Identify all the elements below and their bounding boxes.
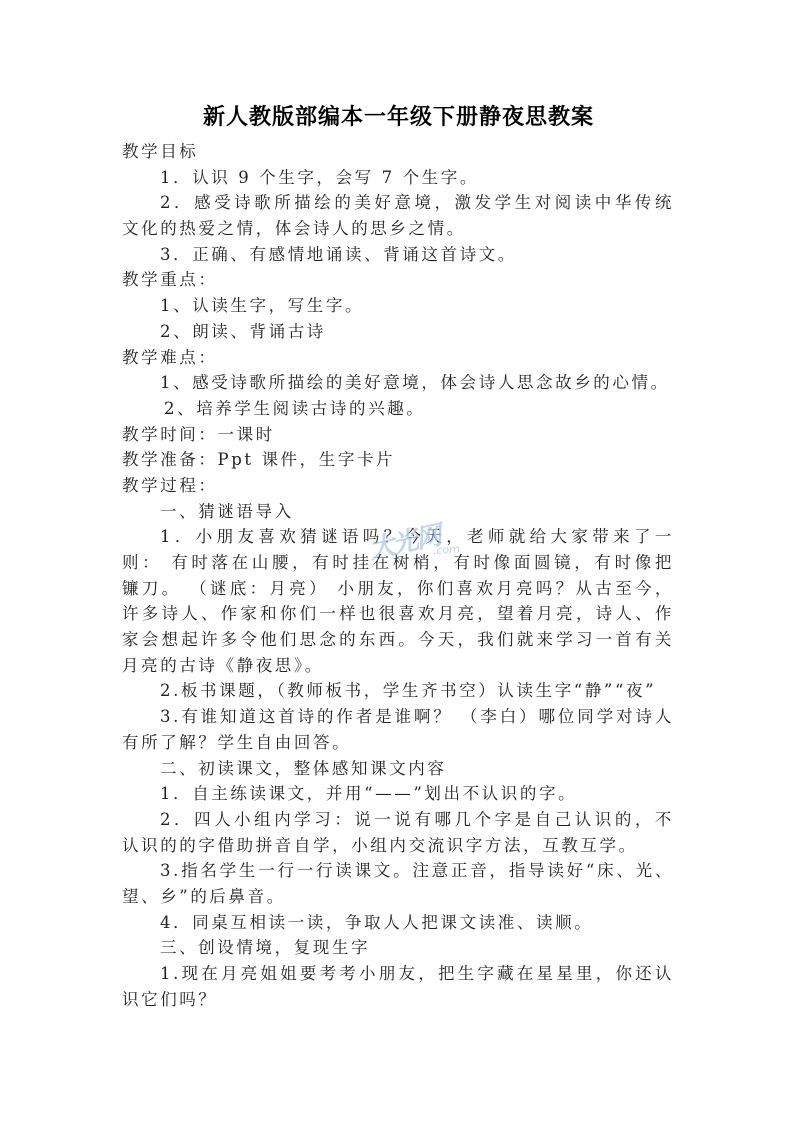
section-heading-objectives: 教学目标 [122,139,682,165]
process-paragraph-continued: 月亮的古诗《静夜思》。 [122,653,682,679]
process-paragraph-continued: 许多诗人、作家和你们一样也很喜欢月亮，望着月亮，诗人、作 [122,601,674,627]
teaching-time: 教学时间：一课时 [122,422,682,448]
section-heading-process: 教学过程： [122,473,682,499]
objective-item-continued: 文化的热爱之情，体会诗人的思乡之情。 [122,216,682,242]
document-body: 教学目标 1．认识 9 个生字，会写 7 个生字。 2．感受诗歌所描绘的美好意境… [122,139,682,1012]
process-step-heading: 二、初读课文，整体感知课文内容 [122,756,682,782]
document-title: 新人教版部编本一年级下册静夜思教案 [0,104,793,132]
process-paragraph-continued: 家会想起许多令他们思念的东西。今天，我们就来学习一首有关 [122,627,674,653]
process-paragraph: 3.指名学生一行一行读课文。注意正音，指导读好“床、光、 [122,858,674,884]
objective-item: 2．感受诗歌所描绘的美好意境，激发学生对阅读中华传统 [122,190,674,216]
objective-item: 1．认识 9 个生字，会写 7 个生字。 [122,165,682,191]
process-paragraph: 1．自主练读课文，并用“——”划出不认识的字。 [122,781,682,807]
process-paragraph-continued: 识它们吗？ [122,987,682,1013]
process-paragraph: 1.现在月亮姐姐要考考小朋友，把生字藏在星星里，你还认 [122,961,674,987]
process-paragraph-continued: 认识的的字借助拼音自学，小组内交流识字方法，互教互学。 [122,833,682,859]
document-page: 新人教版部编本一年级下册静夜思教案 教学目标 1．认识 9 个生字，会写 7 个… [0,0,793,1122]
process-paragraph-continued: 望、乡”的后鼻音。 [122,884,682,910]
process-paragraph: 1．小朋友喜欢猜谜语吗？今天，老师就给大家带来了一 [122,524,674,550]
process-step-heading: 一、猜谜语导入 [122,499,682,525]
difficulty-item: 2、培养学生阅读古诗的兴趣。 [122,396,682,422]
section-heading-difficulties: 教学难点： [122,345,682,371]
process-step-heading: 三、创设情境，复现生字 [122,935,682,961]
difficulty-item: 1、感受诗歌所描绘的美好意境，体会诗人思念故乡的心情。 [122,370,682,396]
key-point-item: 2、朗读、背诵古诗 [122,319,682,345]
process-paragraph-continued: 有所了解？学生自由回答。 [122,730,682,756]
teaching-preparation: 教学准备：Ppt 课件，生字卡片 [122,447,682,473]
process-paragraph: 2.板书课题，（教师板书，学生齐书空）认读生字“静”“夜” [122,678,682,704]
process-paragraph-continued: 则： 有时落在山腰，有时挂在树梢，有时像面圆镜，有时像把 [122,550,674,576]
objective-item: 3．正确、有感情地诵读、背诵这首诗文。 [122,242,682,268]
process-paragraph: 4．同桌互相读一读，争取人人把课文读准、读顺。 [122,910,682,936]
process-paragraph: 2．四人小组内学习：说一说有哪几个字是自己认识的，不 [122,807,674,833]
key-point-item: 1、认读生字，写生字。 [122,293,682,319]
section-heading-key-points: 教学重点： [122,267,682,293]
process-paragraph: 3.有谁知道这首诗的作者是谁啊？ （李白）哪位同学对诗人 [122,704,674,730]
process-paragraph-continued: 镰刀。 （谜底：月亮） 小朋友，你们喜欢月亮吗？从古至今， [122,576,674,602]
